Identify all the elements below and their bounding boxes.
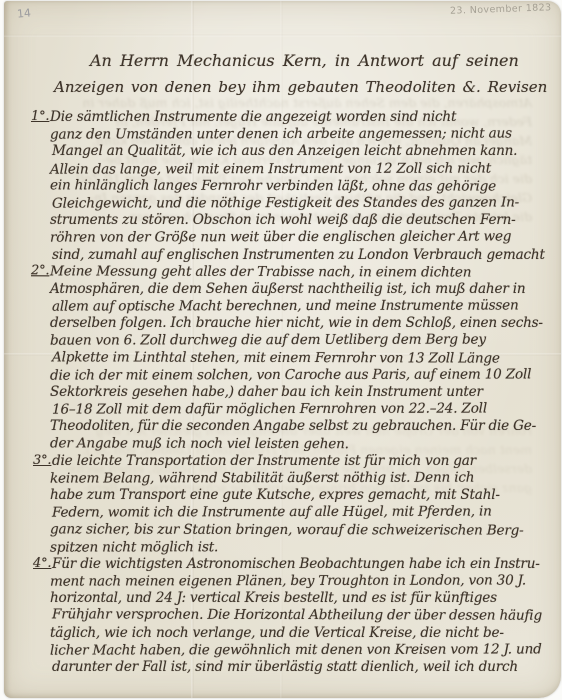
line-text: horizontal, und 24 J: vertical Kreis bes… (50, 590, 497, 606)
horizontal-fold-crease (4, 34, 561, 37)
manuscript-line: Theodoliten, für die seconden Angabe sel… (38, 418, 550, 435)
line-text: Gleichgewicht, und die nöthige Festigkei… (52, 194, 519, 211)
line-text: Meine Messung geht alles der Trabisse na… (50, 263, 471, 280)
line-text: Für die wichtigsten Astronomischen Beoba… (52, 556, 540, 572)
line-text: habe zum Transport eine gute Kutsche, ex… (50, 487, 500, 503)
manuscript-line: horizontal, und 24 J: vertical Kreis bes… (38, 590, 550, 607)
line-text: struments zu stören. Obschon ich wohl we… (50, 212, 516, 228)
line-text: Atmosphären, die dem Sehen äußerst nacht… (50, 281, 525, 297)
line-text: röhren von der Größe nun weit über die e… (50, 229, 511, 246)
line-text: allem auf optische Macht berechnen, und … (52, 298, 519, 315)
manuscript-line: täglich, wie ich noch verlange, und die … (38, 625, 550, 642)
paragraph-marker-1: 1°. (31, 108, 49, 125)
manuscript-line: Gleichgewicht, und die nöthige Festigkei… (40, 194, 550, 212)
manuscript-line: der Angabe muß ich noch viel leisten geh… (38, 435, 550, 454)
line-text: ganz sicher, bis zur Station bringen, wo… (50, 521, 524, 538)
manuscript-line: struments zu stören. Obschon ich wohl we… (38, 212, 550, 229)
manuscript-line: ganz den Umständen unter denen ich arbei… (38, 126, 550, 144)
manuscript-line: Mangel an Qualität, wie ich aus den Anze… (40, 143, 550, 160)
archival-date-note: 23. November 1823 (450, 2, 552, 17)
paragraph-marker-4: 4°. (33, 555, 51, 572)
line-text: Federn, womit ich die Instrumente auf al… (52, 504, 492, 521)
manuscript-line: ein hinlänglich langes Fernrohr verbinde… (38, 177, 550, 196)
line-text: täglich, wie ich noch verlange, und die … (50, 625, 504, 641)
line-text: ganz den Umständen unter denen ich arbei… (50, 126, 512, 143)
line-text: keinem Belang, während Stabilität äußers… (50, 469, 474, 486)
letter-page: 14 23. November 1823 Atmosphären, die de… (4, 1, 561, 698)
line-text: derselben folgen. Ich brauche hier nicht… (50, 315, 543, 331)
line-text: ment nach meinen eigenen Plänen, bey Tro… (50, 572, 526, 589)
manuscript-line: die ich der mit einem solchen, von Caroc… (38, 366, 550, 384)
line-text: die ich der mit einem solchen, von Caroc… (50, 366, 531, 383)
scanned-letter: 14 23. November 1823 Atmosphären, die de… (0, 0, 562, 700)
manuscript-line: Frühjahr versprochen. Die Horizontal Abt… (40, 607, 550, 626)
letter-text: An Herrn Mechanicus Kern, in Antwort auf… (38, 47, 550, 676)
line-text: 16–18 Zoll mit dem dafür möglichen Fernr… (52, 401, 487, 418)
line-text: ein hinlänglich langes Fernrohr verbinde… (50, 177, 496, 194)
letter-heading-line2: Anzeigen von denen bey ihm gebauten Theo… (38, 74, 550, 100)
manuscript-line: 16–18 Zoll mit dem dafür möglichen Fernr… (40, 401, 550, 419)
manuscript-line: 2°.Meine Messung geht alles der Trabisse… (38, 263, 550, 282)
manuscript-line: Allein das lange, weil mit einem Instrum… (38, 160, 550, 178)
line-text: die leichte Transportation der Instrumen… (52, 453, 476, 469)
manuscript-line: sind, zumahl auf englischen Instrumenten… (40, 247, 550, 264)
manuscript-line: bauen von 6. Zoll durchweg die auf dem U… (38, 332, 550, 350)
line-text: der Angabe muß ich noch viel leisten geh… (50, 435, 349, 452)
letter-body: 1°.Die sämtlichen Instrumente die angeze… (38, 109, 550, 676)
line-text: spitzen nicht möglich ist. (50, 539, 218, 555)
manuscript-line: spitzen nicht möglich ist. (38, 538, 550, 556)
line-text: licher Macht haben, die gewöhnlich mit d… (50, 641, 542, 658)
manuscript-line: ment nach meinen eigenen Plänen, bey Tro… (38, 572, 550, 590)
manuscript-line: licher Macht haben, die gewöhnlich mit d… (38, 641, 550, 659)
manuscript-line: 1°.Die sämtlichen Instrumente die angeze… (38, 109, 550, 126)
line-text: Mangel an Qualität, wie ich aus den Anze… (52, 143, 517, 159)
manuscript-line: Sektorkreis gesehen habe,) daher bau ich… (38, 384, 550, 401)
line-text: Frühjahr versprochen. Die Horizontal Abt… (52, 607, 542, 624)
letter-heading-line1: An Herrn Mechanicus Kern, in Antwort auf… (38, 47, 550, 74)
line-text: Theodoliten, für die seconden Angabe sel… (50, 418, 536, 434)
line-text: Die sämtlichen Instrumente die angezeigt… (50, 109, 456, 125)
manuscript-line: allem auf optische Macht berechnen, und … (40, 297, 550, 315)
manuscript-line: Alpkette im Linthtal stehen, mit einem F… (40, 349, 550, 368)
manuscript-line: derselben folgen. Ich brauche hier nicht… (38, 315, 550, 332)
paragraph-marker-3: 3°. (33, 452, 51, 469)
line-text: Allein das lange, weil mit einem Instrum… (50, 160, 491, 177)
manuscript-line: röhren von der Größe nun weit über die e… (38, 229, 550, 247)
manuscript-line: ganz sicher, bis zur Station bringen, wo… (38, 521, 550, 540)
line-text: sind, zumahl auf englischen Instrumenten… (52, 247, 545, 263)
manuscript-line: Atmosphären, die dem Sehen äußerst nacht… (38, 281, 550, 298)
manuscript-line: habe zum Transport eine gute Kutsche, ex… (38, 487, 550, 504)
archival-page-number: 14 (16, 6, 31, 20)
paragraph-marker-2: 2°. (31, 262, 49, 279)
line-text: Sektorkreis gesehen habe,) daher bau ich… (50, 384, 483, 400)
manuscript-line: darunter der Fall ist, sind mir überläst… (40, 659, 550, 676)
line-text: Alpkette im Linthtal stehen, mit einem F… (52, 349, 500, 366)
manuscript-line: keinem Belang, während Stabilität äußers… (38, 469, 550, 487)
manuscript-line: 3°.die leichte Transportation der Instru… (40, 453, 550, 470)
manuscript-line: Federn, womit ich die Instrumente auf al… (40, 504, 550, 522)
line-text: bauen von 6. Zoll durchweg die auf dem U… (50, 332, 486, 349)
manuscript-line: 4°.Für die wichtigsten Astronomischen Be… (40, 556, 550, 573)
line-text: darunter der Fall ist, sind mir überläst… (52, 659, 518, 675)
